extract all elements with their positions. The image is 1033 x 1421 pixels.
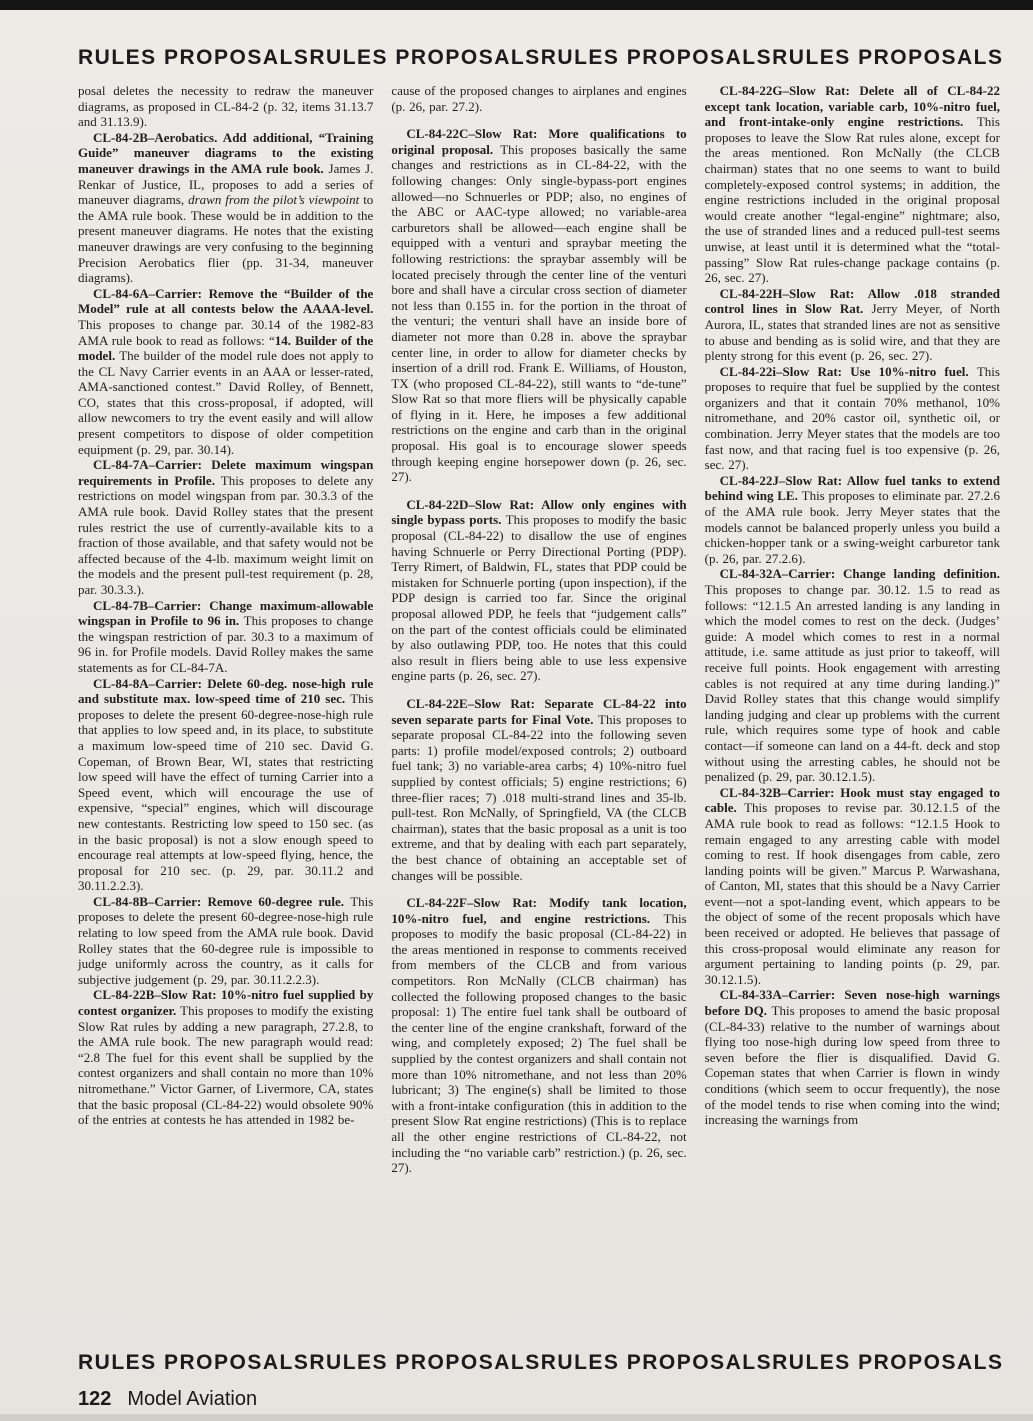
proposal-lead-in: CL-84-32A–Carrier: Change landing defini… xyxy=(720,566,1000,581)
running-head-label: RULES PROPOSALS xyxy=(309,1351,540,1375)
paragraph: CL-84-22E–Slow Rat: Separate CL-84-22 in… xyxy=(391,696,686,883)
paragraph: CL-84-22i–Slow Rat: Use 10%-nitro fuel. … xyxy=(705,364,1000,473)
body-text: This proposes to require that fuel be su… xyxy=(705,364,1000,473)
proposal-lead-in: CL-84-22G–Slow Rat: Delete all of CL-84-… xyxy=(705,83,1000,129)
body-text: This proposes to modify the basic propos… xyxy=(391,512,686,683)
magazine-title: Model Aviation xyxy=(127,1388,257,1411)
proposal-lead-in: CL-84-22i–Slow Rat: Use 10%-nitro fuel. xyxy=(720,364,977,379)
paragraph: CL-84-22C–Slow Rat: More qualifications … xyxy=(391,126,686,485)
paragraph: CL-84-2B–Aerobatics. Add additional, “Tr… xyxy=(78,130,373,286)
running-head-label: RULES PROPOSALS xyxy=(772,1351,1003,1375)
body-text: This proposes to amend the basic proposa… xyxy=(705,1003,1000,1127)
body-text: This proposes to leave the Slow Rat rule… xyxy=(705,114,1000,285)
paragraph: CL-84-22F–Slow Rat: Modify tank location… xyxy=(391,895,686,1176)
paragraph: CL-84-6A–Carrier: Remove the “Builder of… xyxy=(78,286,373,458)
body-text: posal deletes the necessity to redraw th… xyxy=(78,83,373,129)
running-head-label: RULES PROPOSALS xyxy=(78,1351,309,1375)
paragraph: CL-84-32B–Carrier: Hook must stay engage… xyxy=(705,785,1000,988)
running-head-top: RULES PROPOSALSRULES PROPOSALSRULES PROP… xyxy=(0,46,1033,70)
column-3: CL-84-22G–Slow Rat: Delete all of CL-84-… xyxy=(705,83,1000,1335)
body-text: This proposes to modify the existing Slo… xyxy=(78,1003,373,1127)
body-text: This proposes to modify the basic propos… xyxy=(391,911,686,1176)
page-footer: 122 Model Aviation xyxy=(0,1388,1033,1411)
body-text: This proposes to revise par. 30.12.1.5 o… xyxy=(705,800,1000,987)
scan-edge-bottom xyxy=(0,1414,1033,1421)
body-text: This proposes to separate proposal CL-84… xyxy=(391,712,686,883)
body-text: This proposes to delete any restrictions… xyxy=(78,473,373,597)
paragraph: posal deletes the necessity to redraw th… xyxy=(78,83,373,130)
body-text: The builder of the model rule does not a… xyxy=(78,348,373,457)
body-text: drawn from the pilot’s viewpoint xyxy=(188,192,359,207)
proposal-lead-in: CL-84-8B–Carrier: Remove 60-degree rule. xyxy=(93,894,350,909)
proposal-lead-in: CL-84-8A–Carrier: Delete 60-deg. nose-hi… xyxy=(78,676,373,707)
running-head-label: RULES PROPOSALS xyxy=(541,1351,772,1375)
body-text: This proposes to change par. 30.12. 1.5 … xyxy=(705,582,1000,784)
paragraph: CL-84-22G–Slow Rat: Delete all of CL-84-… xyxy=(705,83,1000,286)
paragraph: cause of the proposed changes to airplan… xyxy=(391,83,686,114)
paragraph: CL-84-33A–Carrier: Seven nose-high warni… xyxy=(705,987,1000,1127)
page-number: 122 xyxy=(78,1388,111,1411)
proposal-lead-in: CL-84-6A–Carrier: Remove the “Builder of… xyxy=(78,286,373,317)
paragraph: CL-84-8B–Carrier: Remove 60-degree rule.… xyxy=(78,894,373,988)
running-head-label: RULES PROPOSALS xyxy=(541,46,772,70)
running-head-label: RULES PROPOSALS xyxy=(78,46,309,70)
body-text: This proposes basically the same changes… xyxy=(391,142,686,484)
column-1: posal deletes the necessity to redraw th… xyxy=(78,83,373,1335)
scan-edge-top xyxy=(0,0,1033,10)
paragraph: CL-84-8A–Carrier: Delete 60-deg. nose-hi… xyxy=(78,676,373,894)
article-columns: posal deletes the necessity to redraw th… xyxy=(0,83,1033,1335)
running-head-bottom: RULES PROPOSALSRULES PROPOSALSRULES PROP… xyxy=(0,1351,1033,1375)
paragraph: CL-84-7B–Carrier: Change maximum-allowab… xyxy=(78,598,373,676)
running-head-label: RULES PROPOSALS xyxy=(772,46,1003,70)
paragraph: CL-84-22H–Slow Rat: Allow .018 stranded … xyxy=(705,286,1000,364)
column-2: cause of the proposed changes to airplan… xyxy=(391,83,686,1335)
paragraph: CL-84-22D–Slow Rat: Allow only engines w… xyxy=(391,497,686,684)
body-text: cause of the proposed changes to airplan… xyxy=(391,83,686,114)
paragraph: CL-84-32A–Carrier: Change landing defini… xyxy=(705,566,1000,784)
paragraph: CL-84-22B–Slow Rat: 10%-nitro fuel suppl… xyxy=(78,987,373,1127)
proposal-lead-in: CL-84-22F–Slow Rat: Modify tank location… xyxy=(391,895,686,926)
paragraph: CL-84-22J–Slow Rat: Allow fuel tanks to … xyxy=(705,473,1000,567)
magazine-page: RULES PROPOSALSRULES PROPOSALSRULES PROP… xyxy=(0,0,1033,1421)
paragraph: CL-84-7A–Carrier: Delete maximum wingspa… xyxy=(78,457,373,597)
running-head-label: RULES PROPOSALS xyxy=(309,46,540,70)
body-text: This proposes to delete the present 60-d… xyxy=(78,691,373,893)
